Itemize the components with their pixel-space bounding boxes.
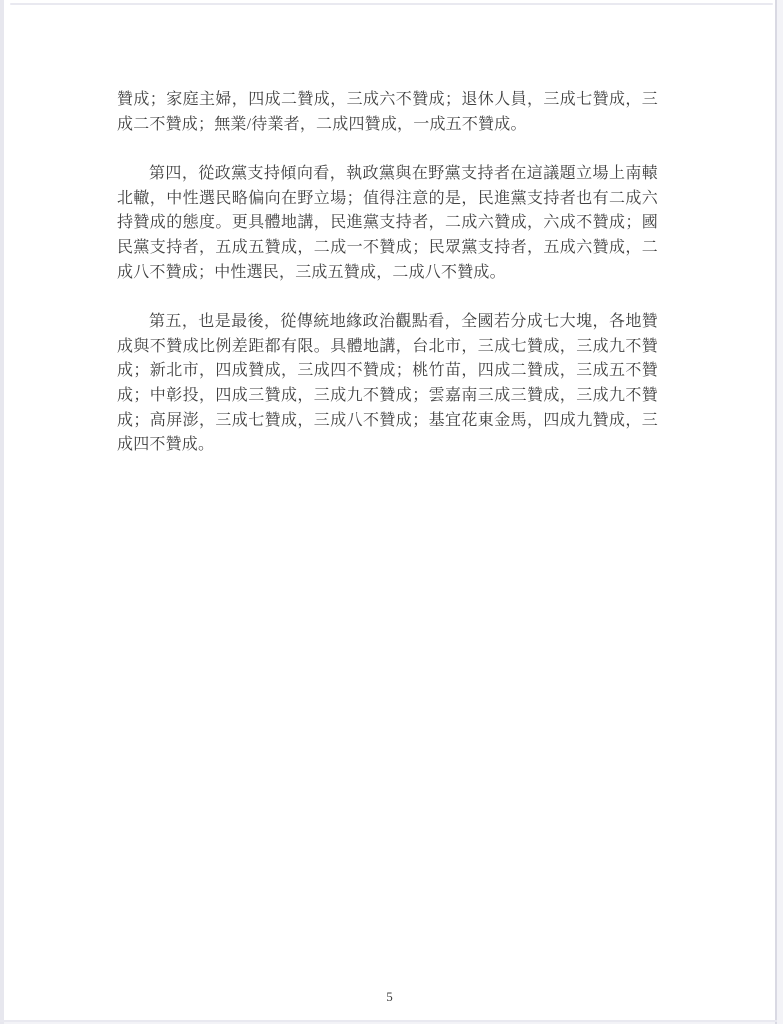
page-number: 5 bbox=[4, 989, 775, 1005]
page-bottom-edge bbox=[0, 1020, 777, 1022]
paragraph-continuation-occupation-groups: 贊成；家庭主婦，四成二贊成，三成六不贊成；退休人員，三成七贊成，三成二不贊成；無… bbox=[117, 88, 658, 137]
document-text-block: 贊成；家庭主婦，四成二贊成，三成六不贊成；退休人員，三成七贊成，三成二不贊成；無… bbox=[117, 88, 658, 458]
page-top-edge bbox=[10, 3, 773, 5]
document-page: 贊成；家庭主婦，四成二贊成，三成六不贊成；退休人員，三成七贊成，三成二不贊成；無… bbox=[4, 0, 775, 1020]
paragraph-fifth-point-regions: 第五，也是最後，從傳統地緣政治觀點看，全國若分成七大塊，各地贊成與不贊成比例差距… bbox=[117, 310, 658, 458]
page-right-edge bbox=[775, 0, 777, 1024]
page-left-edge bbox=[0, 0, 4, 1024]
paragraph-fourth-point-party-support: 第四，從政黨支持傾向看，執政黨與在野黨支持者在這議題立場上南轅北轍，中性選民略偏… bbox=[117, 162, 658, 285]
scanned-document-view: 贊成；家庭主婦，四成二贊成，三成六不贊成；退休人員，三成七贊成，三成二不贊成；無… bbox=[0, 0, 783, 1024]
